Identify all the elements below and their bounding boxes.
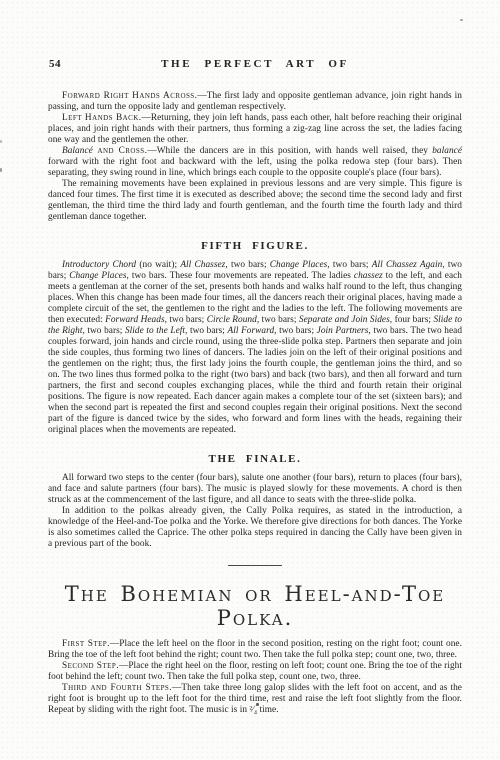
text-run: , two bars; xyxy=(185,326,228,336)
italic-term: Forward Heads xyxy=(105,315,165,325)
text-run: , two bars; xyxy=(225,260,269,270)
text-run: —Place the left heel on the floor in the… xyxy=(48,639,462,660)
italic-term: Change Places xyxy=(270,260,328,270)
section-divider xyxy=(228,565,282,566)
text-run: , two bars. The two head couples forward… xyxy=(48,326,462,435)
text-run: , four bars; xyxy=(390,315,434,325)
lead-in-label: Second Step. xyxy=(62,661,119,671)
ink-speck xyxy=(256,703,259,706)
text-run: All forward two steps to the center (fou… xyxy=(48,473,462,505)
text-run: , two bars; xyxy=(82,326,125,336)
text-run: , two bars; xyxy=(257,315,299,325)
paragraph: The remaining movements have been explai… xyxy=(48,179,462,223)
page-number: 54 xyxy=(49,58,61,70)
paragraph: Left Hands Back.—Returning, they join le… xyxy=(48,113,462,146)
page-header: 54 THE PERFECT ART OF xyxy=(48,58,462,70)
ink-speck xyxy=(0,168,2,172)
italic-term: balancé xyxy=(432,146,462,156)
text-run: The remaining movements have been explai… xyxy=(48,179,462,222)
lead-in-label: Left Hands Back. xyxy=(62,113,142,123)
lead-in-label: Forward Right Hands Across. xyxy=(62,91,197,101)
italic-term: Balancé xyxy=(62,146,93,156)
paragraph: Introductory Chord (no wait); All Chasse… xyxy=(48,260,462,436)
text-run: , two bars. These four movements are rep… xyxy=(127,271,354,281)
text-run: , two bars; xyxy=(274,326,317,336)
lead-in-label: and Cross. xyxy=(93,146,148,156)
paragraph: Forward Right Hands Across.—The first la… xyxy=(48,91,462,113)
ink-speck xyxy=(0,140,2,143)
italic-term: Introductory Chord xyxy=(62,260,136,270)
italic-term: chassez xyxy=(354,271,383,281)
paragraph: In addition to the polkas already given,… xyxy=(48,506,462,550)
running-title: THE PERFECT ART OF xyxy=(161,58,349,70)
page-content: Forward Right Hands Across.—The first la… xyxy=(48,91,462,716)
italic-term: Separate and Join Sides xyxy=(299,315,390,325)
italic-term: All Forward xyxy=(228,326,275,336)
section-heading: THE FINALE. xyxy=(48,453,462,465)
text-run: (no wait); xyxy=(136,260,180,270)
text-run: —While the dancers are in this position,… xyxy=(147,146,432,156)
italic-term: Circle Round xyxy=(207,315,257,325)
lead-in-label: First Step. xyxy=(62,639,110,649)
paragraph: Second Step.—Place the right heel on the… xyxy=(48,661,462,683)
italic-term: Join Partners xyxy=(317,326,369,336)
section-heading: FIFTH FIGURE. xyxy=(48,240,462,252)
chapter-title: The Bohemian or Heel-and-Toe Polka. xyxy=(48,582,462,630)
lead-in-label: Third and Fourth Steps. xyxy=(62,683,172,693)
paragraph: Balancé and Cross.—While the dancers are… xyxy=(48,146,462,179)
text-run: In addition to the polkas already given,… xyxy=(48,506,462,549)
text-run: , two bars; xyxy=(165,315,207,325)
text-run: forward with the right foot and backward… xyxy=(48,157,462,178)
italic-term: Change Places xyxy=(69,271,126,281)
italic-term: All Chassez xyxy=(180,260,225,270)
book-page: 54 THE PERFECT ART OF Forward Right Hand… xyxy=(0,0,500,760)
paragraph: All forward two steps to the center (fou… xyxy=(48,473,462,506)
paragraph: Third and Fourth Steps.—Then take three … xyxy=(48,683,462,716)
italic-term: All Chassez Again xyxy=(372,260,443,270)
paragraph: First Step.—Place the left heel on the f… xyxy=(48,639,462,661)
italic-term: Slide to the Left xyxy=(125,326,185,336)
text-run: , two bars; xyxy=(327,260,371,270)
ink-speck xyxy=(460,19,463,21)
